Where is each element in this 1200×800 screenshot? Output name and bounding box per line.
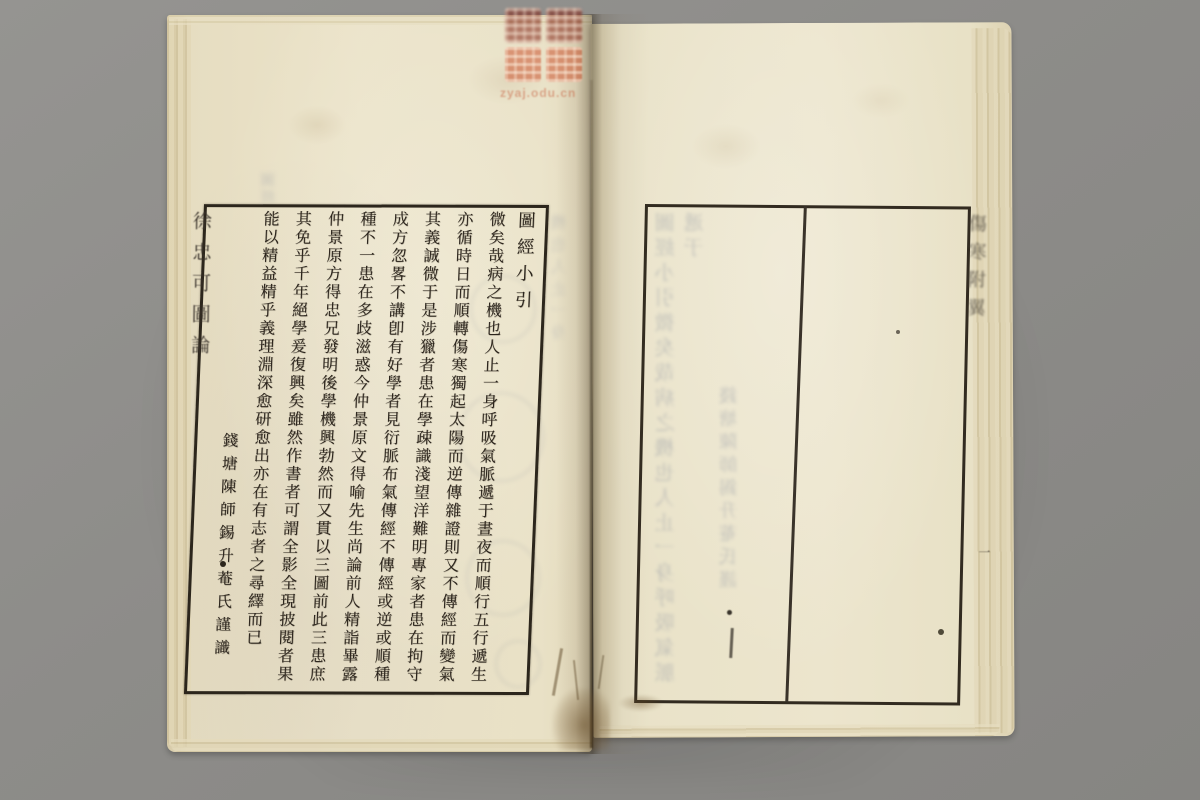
- seal-square: [546, 8, 582, 43]
- ink-speck: [938, 629, 944, 635]
- left-text-frame: 圖經小引微矣哉病之機也人止一身呼吸氣脈遞于晝夜而順行五行遞生亦循時日而順轉傷寒獨…: [184, 204, 549, 695]
- ink-speck: [220, 561, 226, 567]
- seal-square: [505, 47, 541, 82]
- ink-stain-small: [618, 694, 664, 712]
- foxing-spot: [287, 105, 347, 145]
- gutter-shadow: [556, 14, 666, 754]
- showthrough-text-above-frame: 圖經: [258, 172, 279, 208]
- right-edge-page-number: 一: [979, 546, 993, 586]
- right-edge-book-title: 傷寒附翼: [962, 214, 990, 326]
- ink-speck: [896, 330, 900, 334]
- ink-dot-right-page: [727, 610, 732, 615]
- right-frame-divider-line: [785, 206, 806, 702]
- showthrough-column-2: 錢塘陳師錫升菴氏謹: [716, 386, 742, 646]
- seal-square: [546, 47, 582, 82]
- left-edge-book-title: 徐忠可圖論: [185, 211, 214, 366]
- watermark-url-text: zyaj.odu.cn: [500, 86, 600, 100]
- foxing-spot: [691, 123, 761, 169]
- foxing-spot: [851, 83, 911, 119]
- right-fore-edge-stack: [971, 28, 1014, 733]
- left-text-columns: 圖經小引微矣哉病之機也人止一身呼吸氣脈遞于晝夜而順行五行遞生亦循時日而順轉傷寒獨…: [187, 207, 546, 692]
- seal-square: [505, 8, 541, 43]
- ink-stain-gutter: [552, 688, 610, 750]
- book-photo: 機也人止一身 圖經 圖經小引微矣哉病之機也人止一身呼吸氣脈遞于晝夜而順行五行遞生…: [0, 0, 1200, 800]
- left-bottom-edge-stack: [171, 739, 592, 752]
- gutter-crease-line: [590, 80, 593, 748]
